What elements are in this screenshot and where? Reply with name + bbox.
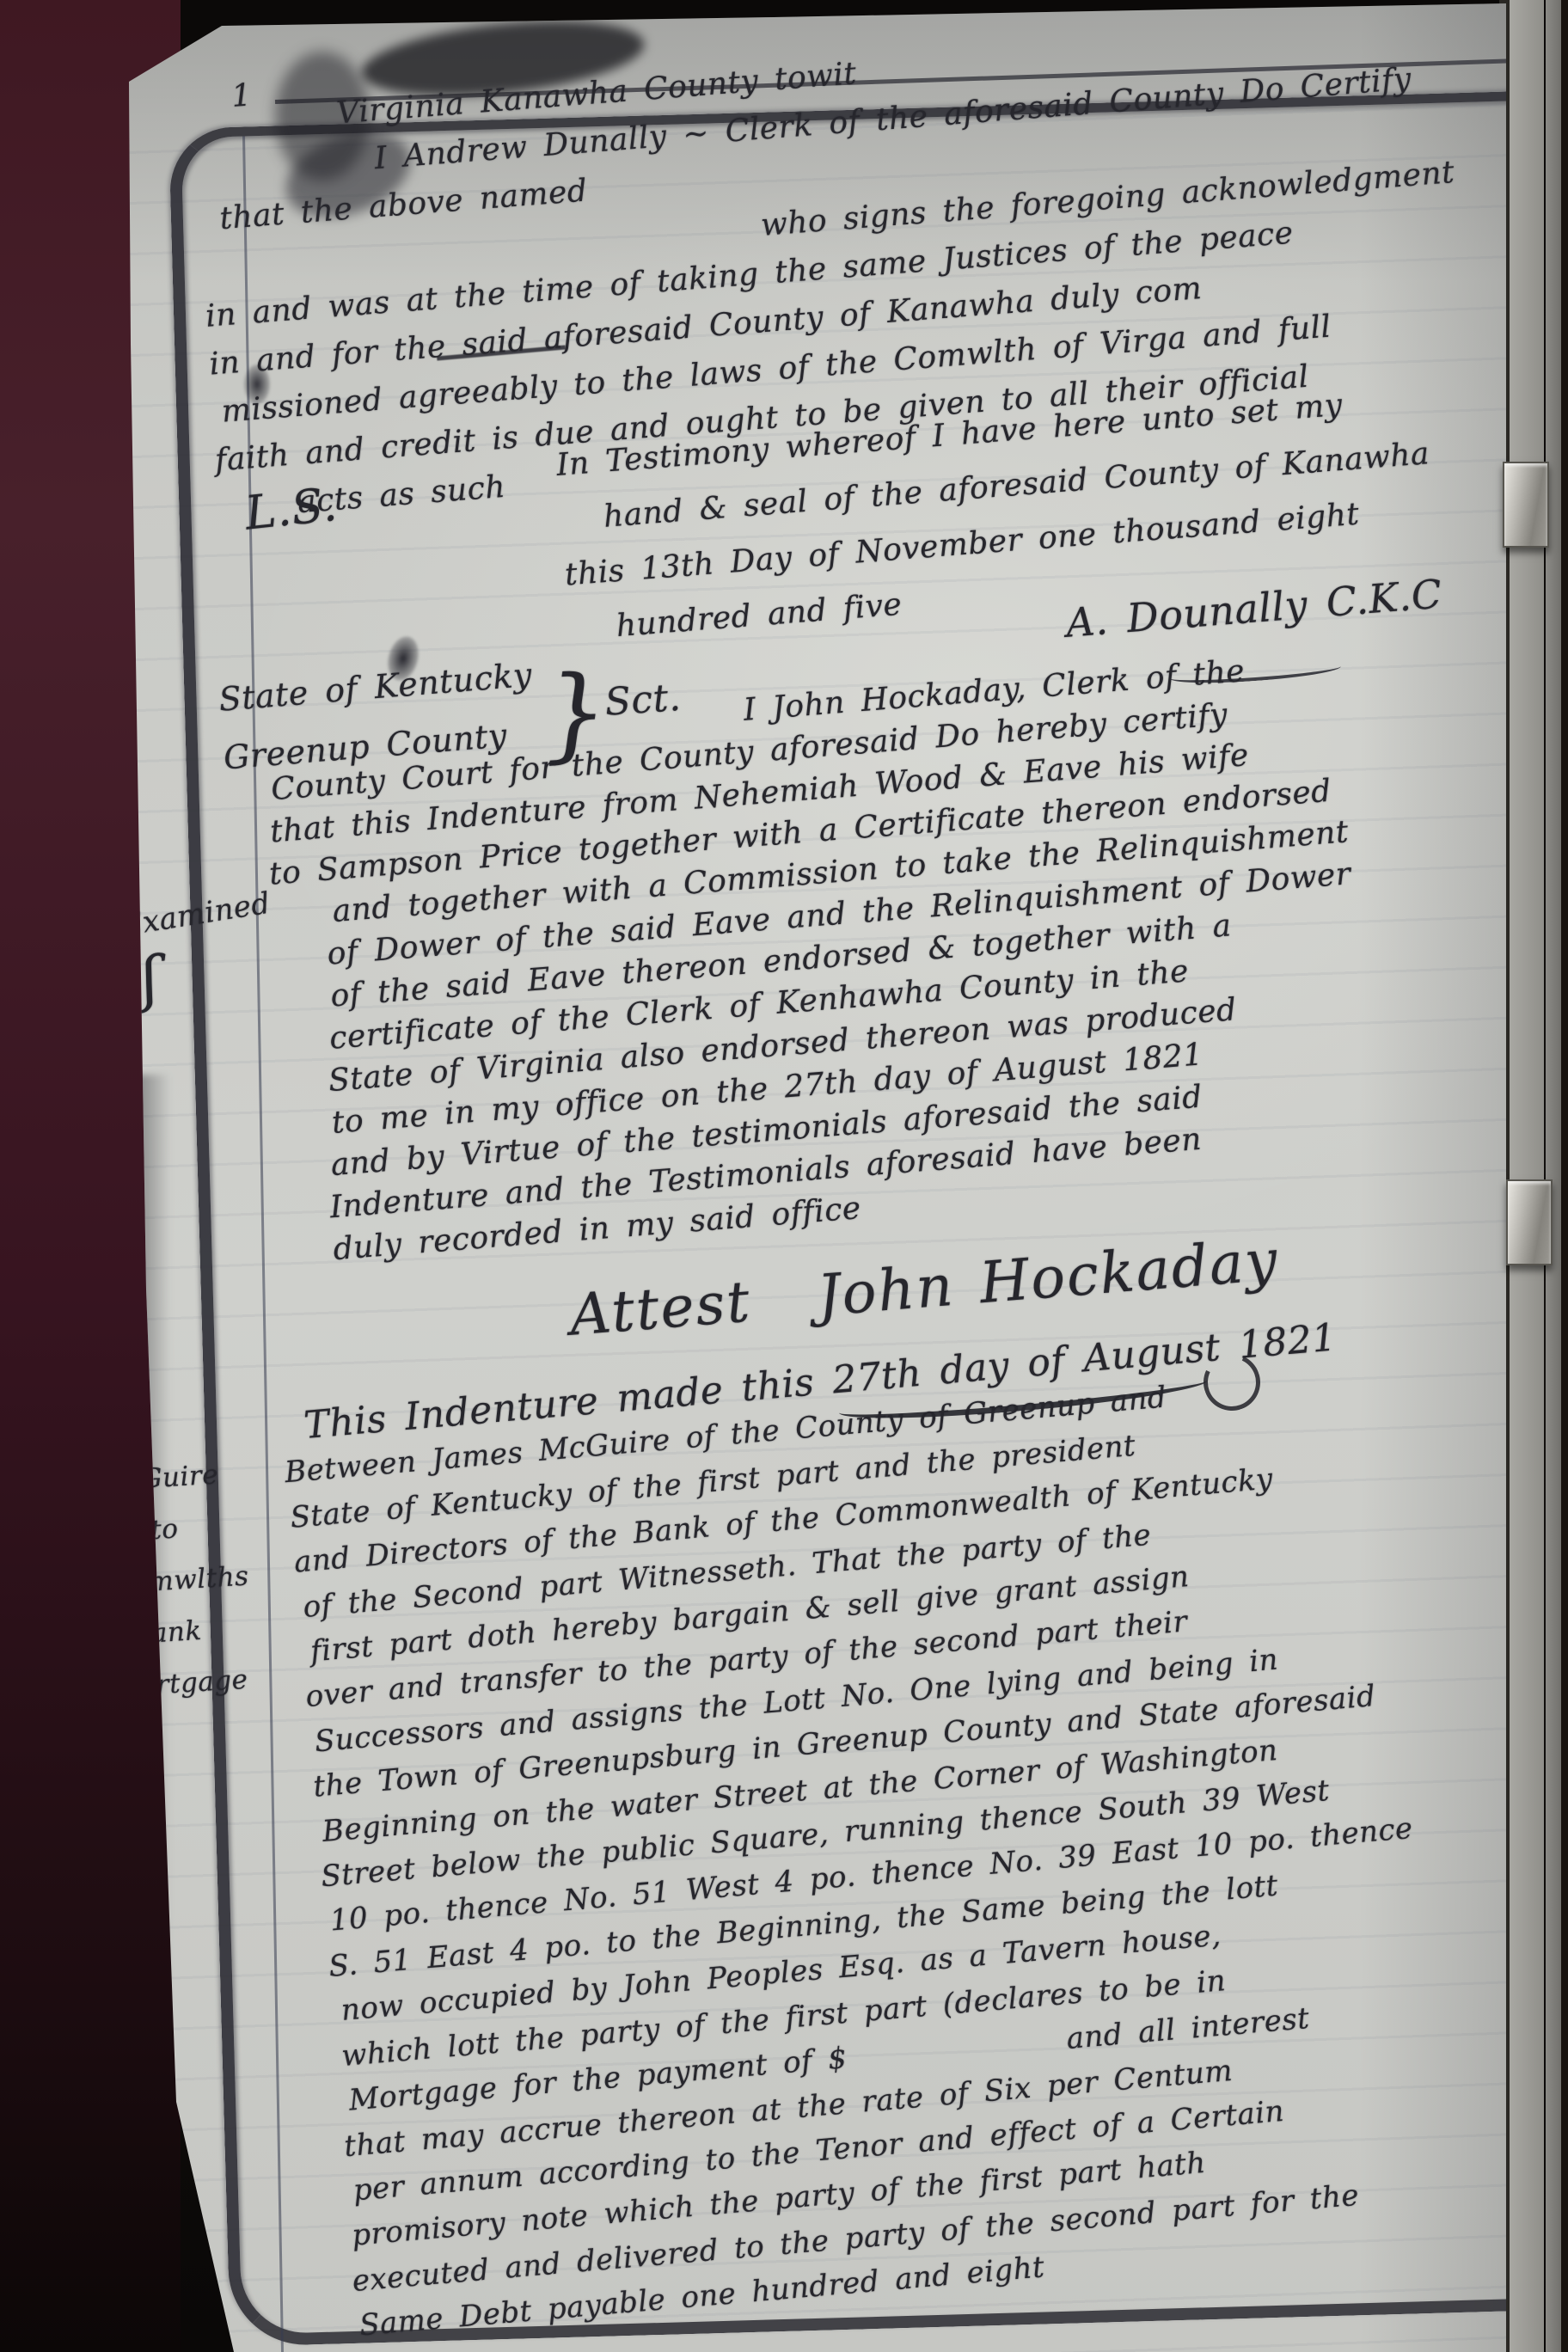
photo-background: 1 Virginia Kanawha County towitI Andrew …	[0, 0, 1568, 2352]
binder-clip-top	[1503, 462, 1549, 548]
binder-clip-middle	[1506, 1179, 1553, 1265]
next-page-edge-2	[1546, 0, 1563, 2352]
kentucky-certificate: I John Hockaday, Clerk of theCounty Cour…	[185, 631, 1530, 1279]
indenture-deed: This Indenture made this 27th day of Aug…	[185, 1300, 1568, 2352]
photo-right-edge	[1561, 0, 1568, 2352]
seal-notation: L.S.	[242, 477, 340, 541]
book-page: 1 Virginia Kanawha County towitI Andrew …	[0, 0, 1568, 2352]
attest-label: Attest	[567, 1268, 753, 1348]
next-page-edge	[1510, 0, 1544, 2352]
